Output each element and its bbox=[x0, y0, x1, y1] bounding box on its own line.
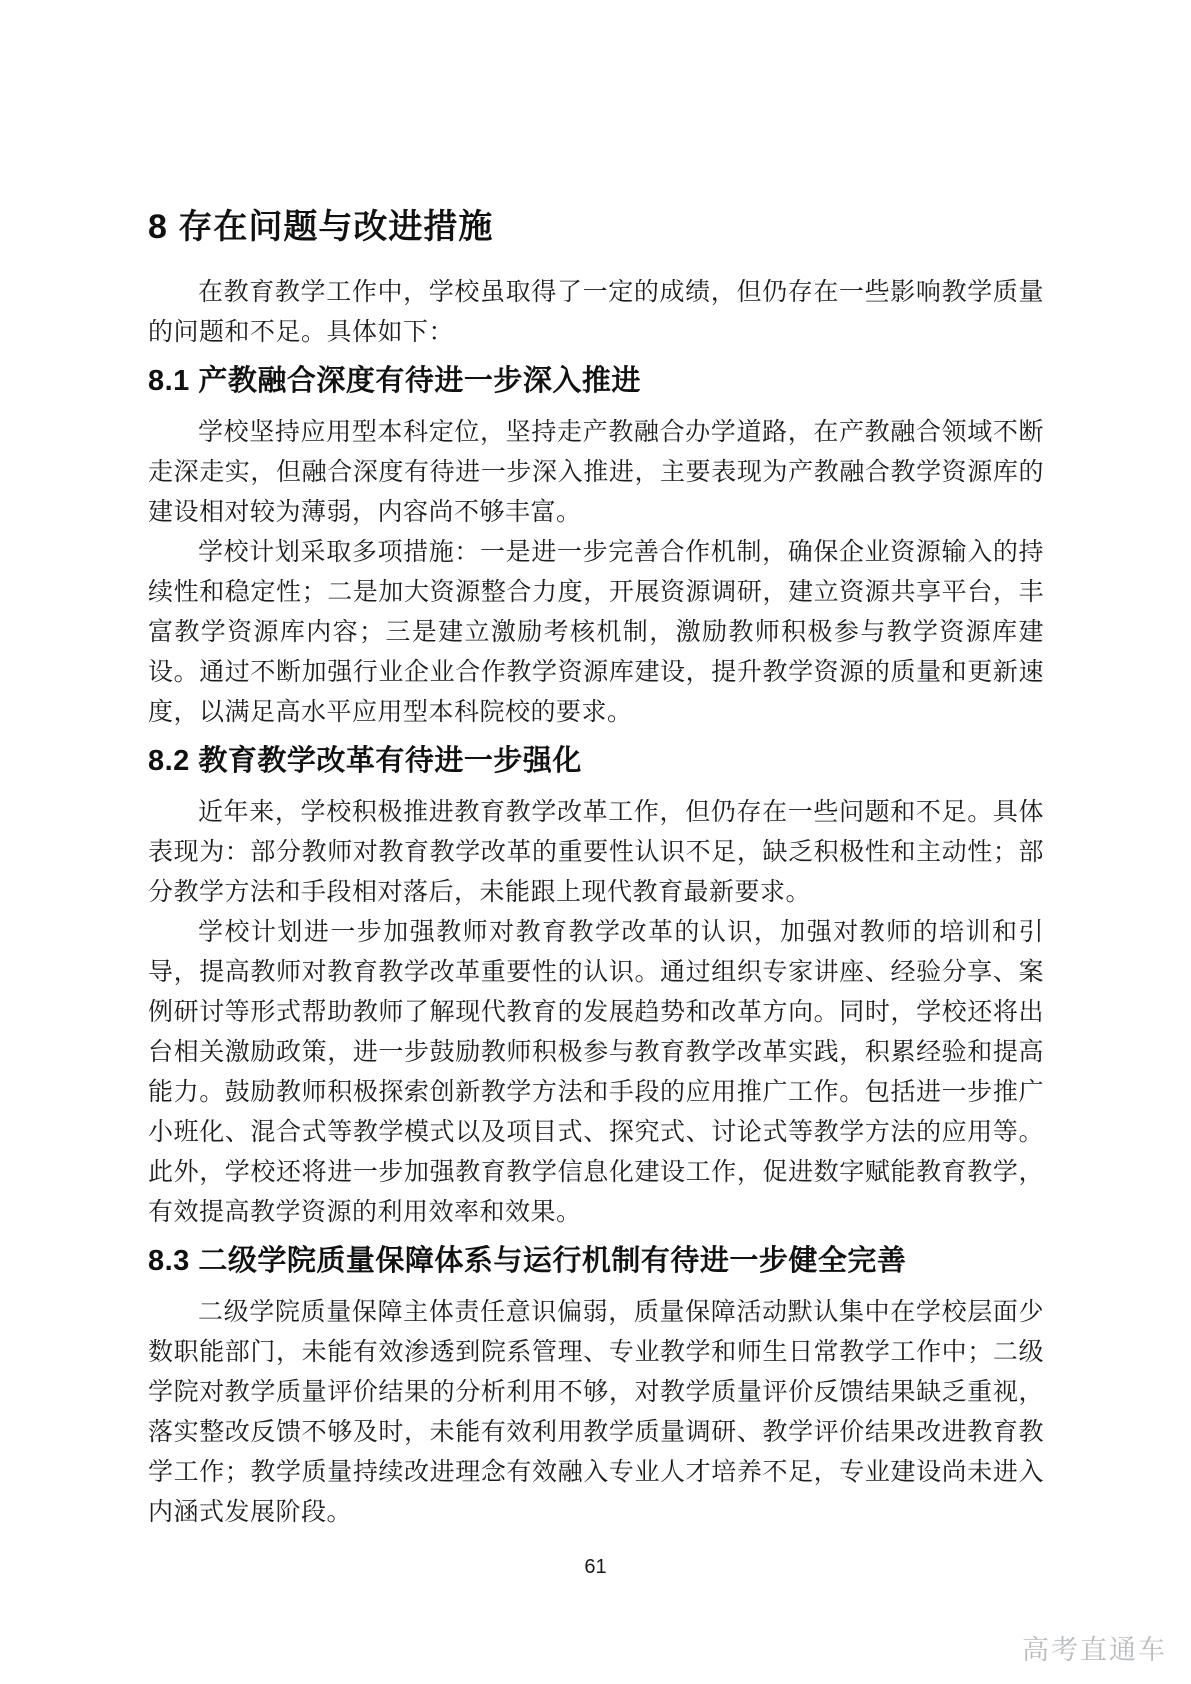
page-content: 8 存在问题与改进措施 在教育教学工作中，学校虽取得了一定的成绩，但仍存在一些影… bbox=[148, 205, 1044, 1533]
paragraph-8-1-measures: 学校计划采取多项措施：一是进一步完善合作机制，确保企业资源输入的持续性和稳定性；… bbox=[148, 533, 1044, 733]
paragraph-8-2-problem: 近年来，学校积极推进教育教学改革工作，但仍存在一些问题和不足。具体表现为：部分教… bbox=[148, 793, 1044, 913]
paragraph-8-1-problem: 学校坚持应用型本科定位，坚持走产教融合办学道路，在产教融合领域不断走深走实，但融… bbox=[148, 413, 1044, 533]
watermark-text: 高考直通车 bbox=[1022, 1628, 1167, 1667]
paragraph-8-2-measures: 学校计划进一步加强教师对教育教学改革的认识，加强对教师的培训和引导，提高教师对教… bbox=[148, 913, 1044, 1233]
document-page: 8 存在问题与改进措施 在教育教学工作中，学校虽取得了一定的成绩，但仍存在一些影… bbox=[0, 0, 1191, 1684]
section-heading-8-3: 8.3 二级学院质量保障体系与运行机制有待进一步健全完善 bbox=[148, 1241, 1044, 1281]
page-number: 61 bbox=[0, 1556, 1191, 1579]
chapter-heading-8: 8 存在问题与改进措施 bbox=[148, 205, 1044, 249]
section-heading-8-1: 8.1 产教融合深度有待进一步深入推进 bbox=[148, 361, 1044, 401]
paragraph-8-3-problem: 二级学院质量保障主体责任意识偏弱，质量保障活动默认集中在学校层面少数职能部门，未… bbox=[148, 1293, 1044, 1533]
section-heading-8-2: 8.2 教育教学改革有待进一步强化 bbox=[148, 741, 1044, 781]
paragraph-intro: 在教育教学工作中，学校虽取得了一定的成绩，但仍存在一些影响教学质量的问题和不足。… bbox=[148, 273, 1044, 353]
